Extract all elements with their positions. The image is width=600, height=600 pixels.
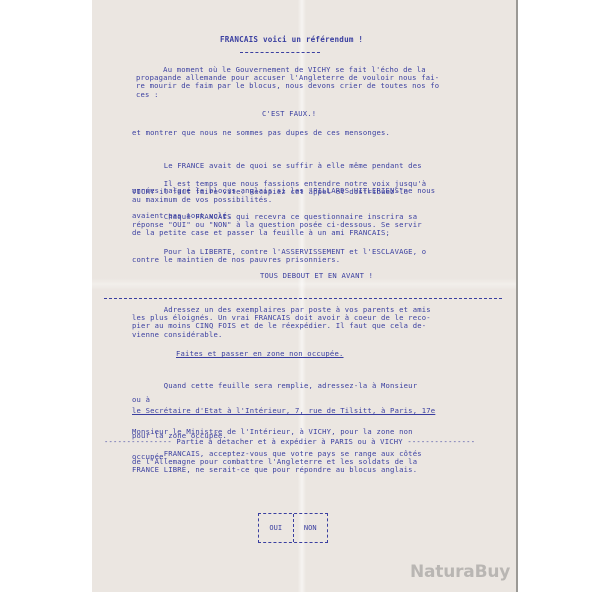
- paragraph-liberte: Pour la LIBERTE, contre l'ASSERVISSEMENT…: [132, 248, 426, 264]
- watermark-logo: NaturaBuy: [410, 562, 510, 582]
- paragraph-questionnaire: Chaque FRANCAIS qui recevra ce questionn…: [132, 213, 422, 238]
- paragraph-question: FRANCAIS, acceptez-vous que votre pays s…: [132, 450, 422, 475]
- document-title: FRANCAIS voici un référendum !: [220, 36, 363, 44]
- ballot-box: OUI NON: [258, 513, 328, 543]
- faites-passer-heading: Faites et passer en zone non occupée.: [176, 350, 344, 358]
- ballot-oui: OUI: [259, 514, 293, 542]
- paragraph-vichy-voix: Il est temps que nous fassions entendre …: [132, 180, 426, 205]
- debout-heading: TOUS DEBOUT ET EN AVANT !: [260, 272, 373, 280]
- title-underline: [240, 52, 320, 53]
- document-page: FRANCAIS voici un référendum ! Au moment…: [92, 0, 518, 592]
- cest-faux-heading: C'EST FAUX.!: [262, 110, 316, 118]
- address-vichy: Monsieur le Ministre de l'Intérieur, à V…: [132, 428, 413, 436]
- text-line: Le FRANCE avait de quoi se suffir à elle…: [132, 162, 435, 170]
- dashed-divider: [104, 298, 502, 299]
- text-line: Quand cette feuille sera remplie, adress…: [132, 382, 435, 390]
- ballot-non: NON: [293, 514, 328, 542]
- paragraph-adressez: Adressez un des exemplaires par poste à …: [132, 306, 431, 339]
- detach-line: --------------- Partie à detacher et à e…: [104, 438, 475, 446]
- paragraph-mensonges: et montrer que nous ne sommes pas dupes …: [132, 129, 390, 137]
- ou-text: ou à: [132, 396, 150, 404]
- paragraph-intro: Au moment où le Gouvernement de VICHY se…: [136, 66, 439, 99]
